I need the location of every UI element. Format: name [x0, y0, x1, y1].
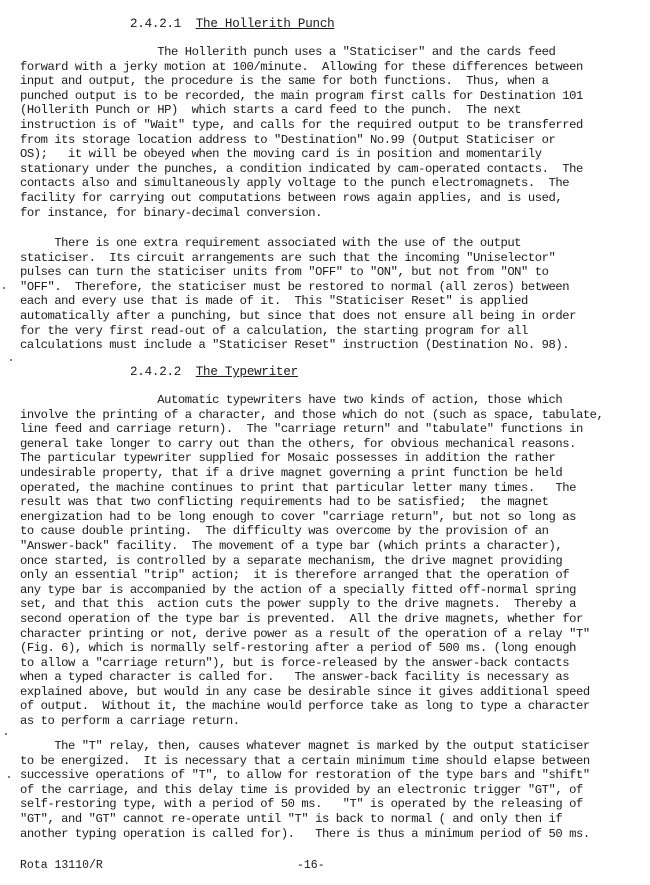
text-line: general take longer to carry out than th…	[20, 437, 650, 452]
paragraph-hollerith-2: There is one extra requirement associate…	[20, 236, 650, 353]
text-line: from its storage location address to "De…	[20, 133, 650, 148]
text-line: energization had to be long enough to co…	[20, 510, 650, 525]
text-line: as to perform a carriage return.	[20, 714, 650, 729]
text-line: any type bar is accompanied by the actio…	[20, 583, 650, 598]
section-heading-typewriter: 2.4.2.2 The Typewriter	[130, 365, 298, 379]
text-line: for instance, for binary-decimal convers…	[20, 206, 650, 221]
section-title: The Typewriter	[196, 365, 298, 379]
text-line: contacts also and simultaneously apply v…	[20, 176, 650, 191]
scan-speck	[5, 733, 7, 735]
paragraph-typewriter-1: Automatic typewriters have two kinds of …	[20, 393, 650, 729]
text-line: "Answer-back" facility. The movement of …	[20, 539, 650, 554]
text-line: The particular typewriter supplied for M…	[20, 451, 650, 466]
text-line: to allow a "carriage return"), but is fo…	[20, 656, 650, 671]
text-line: for the very first read-out of a calcula…	[20, 324, 650, 339]
section-heading-hollerith: 2.4.2.1 The Hollerith Punch	[130, 17, 334, 31]
text-line: (Fig. 6), which is normally self-restori…	[20, 641, 650, 656]
text-line: once started, is controlled by a separat…	[20, 554, 650, 569]
text-line: forward with a jerky motion at 100/minut…	[20, 60, 650, 75]
scan-speck	[10, 359, 12, 361]
paragraph-typewriter-2: The "T" relay, then, causes whatever mag…	[20, 739, 650, 841]
text-line: operated, the machine continues to print…	[20, 481, 650, 496]
text-line: punched output is to be recorded, the ma…	[20, 89, 650, 104]
document-page: 2.4.2.1 The Hollerith Punch The Hollerit…	[0, 0, 650, 885]
text-line: to be energized. It is necessary that a …	[20, 754, 650, 769]
text-line: only an essential "trip" action; it is t…	[20, 568, 650, 583]
text-line: another typing operation is called for).…	[20, 827, 650, 842]
section-number: 2.4.2.1	[130, 17, 181, 31]
text-line: input and output, the procedure is the s…	[20, 74, 650, 89]
text-line: explained above, but would in any case b…	[20, 685, 650, 700]
text-line: (Hollerith Punch or HP) which starts a c…	[20, 103, 650, 118]
paragraph-hollerith-1: The Hollerith punch uses a "Staticiser" …	[20, 45, 650, 220]
text-line: OS); it will be obeyed when the moving c…	[20, 147, 650, 162]
text-line: set, and that this action cuts the power…	[20, 597, 650, 612]
text-line: self-restoring type, with a period of 50…	[20, 797, 650, 812]
text-line: of the carriage, and this delay time is …	[20, 783, 650, 798]
text-line: undesirable property, that if a drive ma…	[20, 466, 650, 481]
text-line: "GT", and "GT" cannot re-operate until "…	[20, 812, 650, 827]
text-line: staticiser. Its circuit arrangements are…	[20, 251, 650, 266]
text-line: of output. Without it, the machine would…	[20, 699, 650, 714]
section-title: The Hollerith Punch	[196, 17, 335, 31]
text-line: The "T" relay, then, causes whatever mag…	[20, 739, 650, 754]
text-line: successive operations of "T", to allow f…	[20, 768, 650, 783]
text-line: stationary under the punches, a conditio…	[20, 162, 650, 177]
text-line: involve the printing of a character, and…	[20, 408, 650, 423]
text-line: line feed and carriage return). The "car…	[20, 422, 650, 437]
text-line: character printing or not, derive power …	[20, 627, 650, 642]
text-line: automatically after a punching, but sinc…	[20, 309, 650, 324]
text-line: "OFF". Therefore, the staticiser must be…	[20, 280, 650, 295]
text-line: when a typed character is called for. Th…	[20, 670, 650, 685]
text-line: There is one extra requirement associate…	[20, 236, 650, 251]
text-line: result was that two conflicting requirem…	[20, 495, 650, 510]
section-number: 2.4.2.2	[130, 365, 181, 379]
text-line: The Hollerith punch uses a "Staticiser" …	[20, 45, 650, 60]
scan-speck	[8, 776, 10, 778]
text-line: calculations must include a "Staticiser …	[20, 338, 650, 353]
text-line: each and every use that is made of it. T…	[20, 294, 650, 309]
text-line: facility for carrying out computations b…	[20, 191, 650, 206]
text-line: Automatic typewriters have two kinds of …	[20, 393, 650, 408]
scan-speck	[3, 287, 5, 289]
document-reference: Rota 13110/R	[20, 859, 103, 872]
page-number: -16-	[297, 859, 325, 872]
text-line: pulses can turn the staticiser units fro…	[20, 265, 650, 280]
text-line: second operation of the type bar is prev…	[20, 612, 650, 627]
text-line: to cause double printing. The difficulty…	[20, 524, 650, 539]
text-line: instruction is of "Wait" type, and calls…	[20, 118, 650, 133]
